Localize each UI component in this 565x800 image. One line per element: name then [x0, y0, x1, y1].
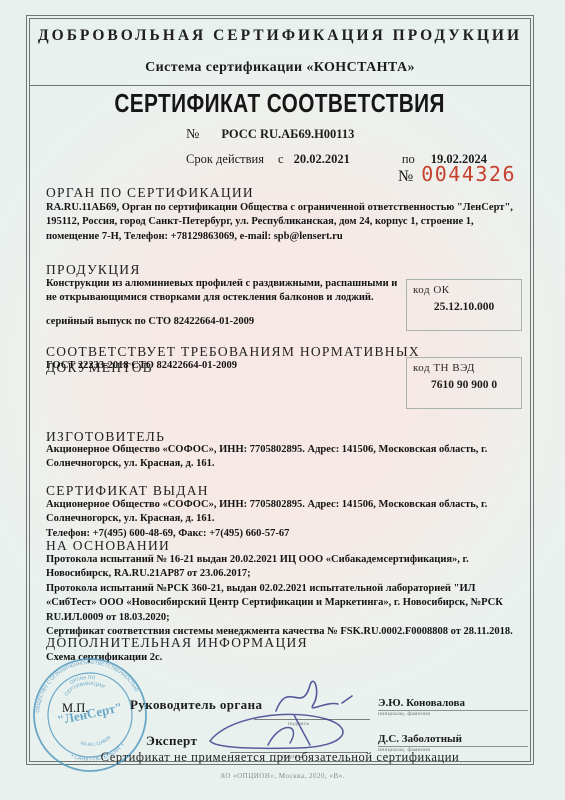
code-ok-box: код ОК 25.12.10.000	[406, 279, 522, 331]
section-heading-issued-to: СЕРТИФИКАТ ВЫДАН	[46, 483, 209, 499]
reg-number-value: РОСС RU.АБ69.Н00113	[221, 127, 354, 141]
voluntary-certification-title: ДОБРОВОЛЬНАЯ СЕРТИФИКАЦИЯ ПРОДУКЦИИ	[30, 27, 530, 45]
issued-to-block: Акционерное Общество «СОФОС», ИНН: 77058…	[46, 498, 518, 541]
section-heading-additional-info: ДОПОЛНИТЕЛЬНАЯ ИНФОРМАЦИЯ	[46, 635, 308, 651]
certificate-frame: ДОБРОВОЛЬНАЯ СЕРТИФИКАЦИЯ ПРОДУКЦИИ Сист…	[26, 15, 534, 765]
manufacturer-text: Акционерное Общество «СОФОС», ИНН: 77058…	[46, 443, 518, 472]
section-heading-certification-body: ОРГАН ПО СЕРТИФИКАЦИИ	[46, 185, 254, 201]
validity-from-date: 20.02.2021	[294, 152, 350, 166]
certificate-title-text: СЕРТИФИКАТ СООТВЕТСТВИЯ	[115, 88, 446, 119]
expert-name: Д.С. Заболотный	[378, 733, 528, 747]
printing-house-note: АО «ОПЦИОН», Москва, 2020, «В».	[0, 772, 565, 780]
section-heading-product: ПРОДУКЦИЯ	[46, 262, 141, 278]
code-ok-label: код ОК	[413, 284, 515, 296]
mp-label: М.П.	[62, 701, 88, 716]
basis-protocol-1: Протокола испытаний № 16-21 выдан 20.02.…	[46, 553, 522, 582]
expert-role-label: Эксперт	[146, 733, 197, 749]
registration-number-row: №РОСС RU.АБ69.Н00113	[186, 127, 354, 143]
certificate-page: ДОБРОВОЛЬНАЯ СЕРТИФИКАЦИЯ ПРОДУКЦИИ Сист…	[0, 0, 565, 800]
svg-text:RA.RU.11АБ69: RA.RU.11АБ69	[78, 734, 113, 751]
reg-number-label: №	[186, 127, 199, 142]
certificate-title: СЕРТИФИКАТ СООТВЕТСТВИЯ	[30, 88, 530, 119]
product-serial-text: серийный выпуск по СТО 82422664-01-2009	[46, 315, 254, 329]
basis-protocol-2: Протокола испытаний №РСК 360-21, выдан 0…	[46, 582, 522, 625]
head-name-block: Э.Ю. Коновалова инициалы, фамилия	[378, 697, 528, 717]
head-name: Э.Ю. Коновалова	[378, 697, 528, 711]
code-tnved-box: код ТН ВЭД 7610 90 900 0	[406, 357, 522, 409]
stamp-reg-number-text: RA.RU.11АБ69	[78, 734, 113, 751]
certification-system-subtitle: Система сертификации «КОНСТАНТА»	[30, 60, 530, 76]
head-name-caption: инициалы, фамилия	[378, 711, 528, 717]
validity-from-label: с	[278, 152, 284, 166]
product-text: Конструкции из алюминиевых профилей с ра…	[46, 277, 406, 306]
blank-number-label: №	[398, 168, 413, 185]
compliance-text: ГОСТ 22233-2018 СТО 82422664-01-2009	[46, 359, 237, 373]
code-ok-value: 25.12.10.000	[413, 301, 515, 313]
certificate-frame-inner: ДОБРОВОЛЬНАЯ СЕРТИФИКАЦИЯ ПРОДУКЦИИ Сист…	[29, 18, 531, 762]
header-divider	[30, 85, 530, 86]
code-tnved-value: 7610 90 900 0	[413, 379, 515, 391]
blank-number-value: 0044326	[421, 162, 516, 186]
mandatory-certification-note: Сертификат не применяется при обязательн…	[30, 750, 530, 765]
issued-to-address: Акционерное Общество «СОФОС», ИНН: 77058…	[46, 498, 518, 527]
code-tnved-label: код ТН ВЭД	[413, 362, 515, 374]
basis-block: Протокола испытаний № 16-21 выдан 20.02.…	[46, 553, 522, 640]
validity-label: Срок действия	[186, 152, 264, 166]
section-heading-basis: НА ОСНОВАНИИ	[46, 538, 170, 554]
certification-body-text: RA.RU.11АБ69, Орган по сертификации Обще…	[46, 201, 518, 244]
blank-number-row: №0044326	[398, 162, 516, 186]
